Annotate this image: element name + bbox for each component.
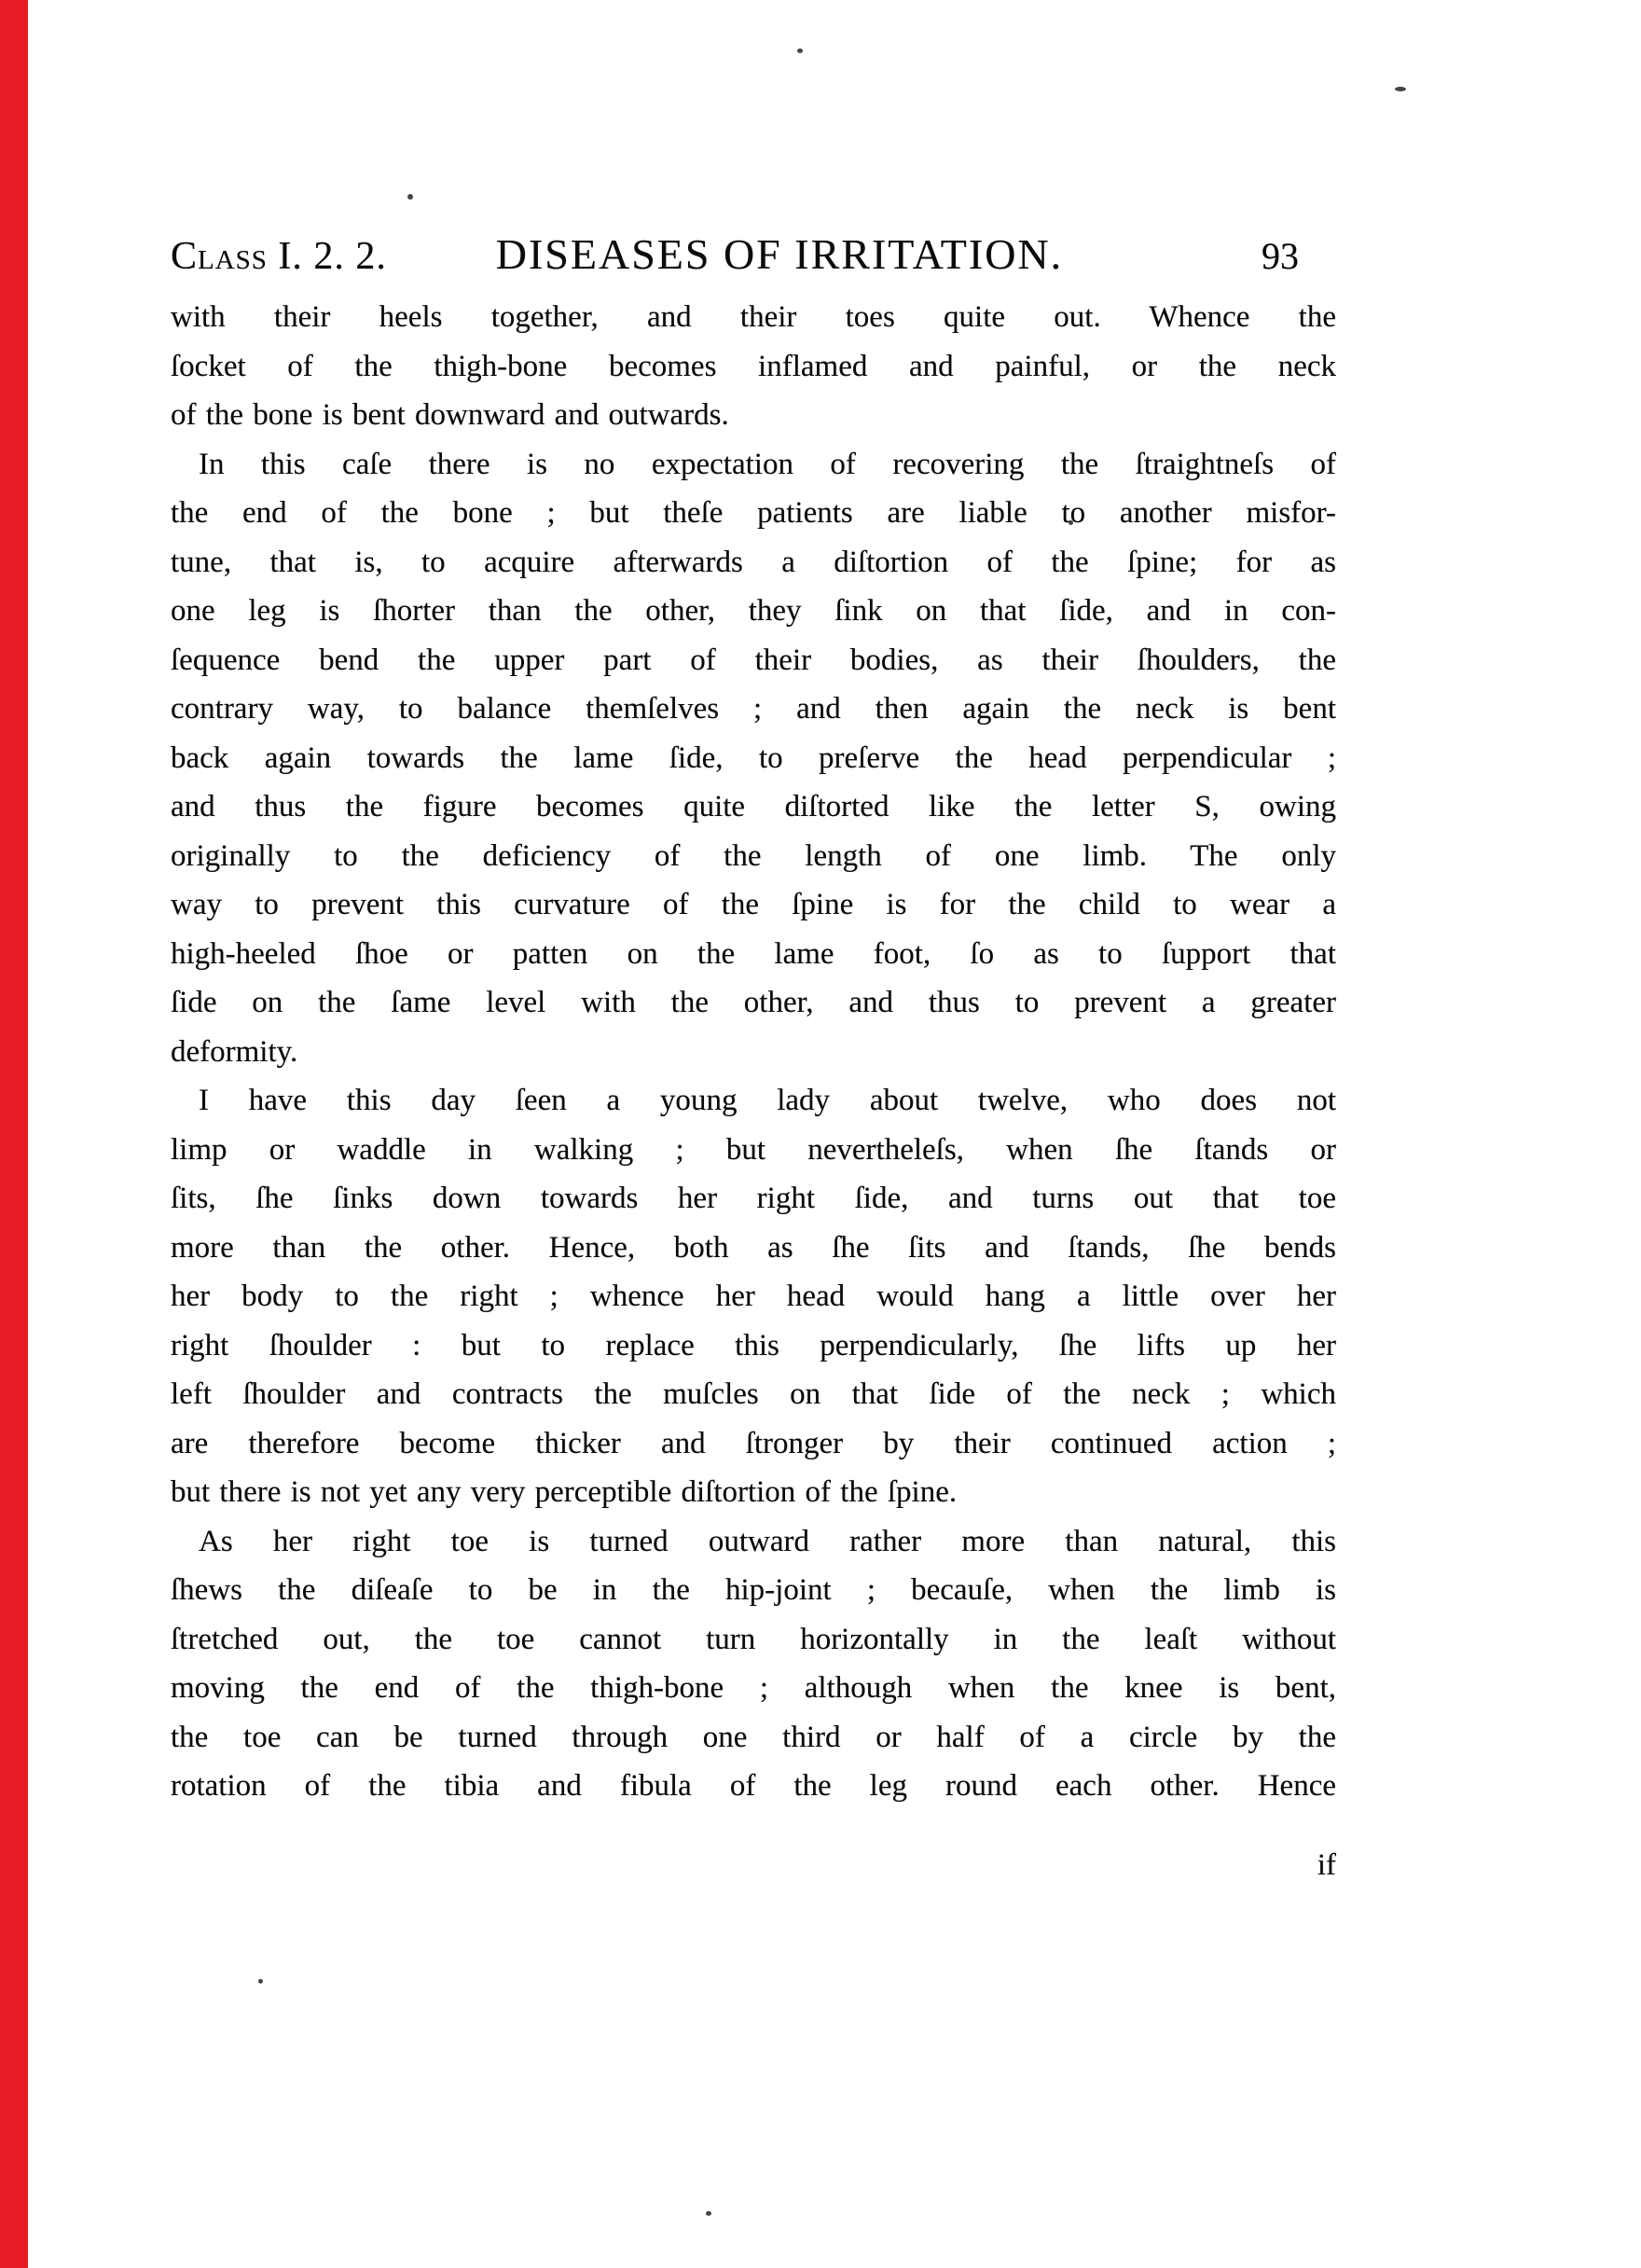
text-line: ſequence bend the upper part of their bo… [171,636,1336,685]
text-line: ſtretched out, the toe cannot turn horiz… [171,1615,1336,1665]
ink-speck [407,194,413,200]
text-line: In this caſe there is no expectation of … [171,440,1336,490]
text-line: tune, that is, to acquire afterwards a d… [171,538,1336,588]
text-line: ſocket of the thigh-bone becomes inflame… [171,342,1336,392]
scan-red-edge-strip [0,0,28,2268]
text-line: one leg is ſhorter than the other, they … [171,587,1336,636]
page-number: 93 [1262,234,1336,278]
text-line: left ſhoulder and contracts the muſcles … [171,1370,1336,1419]
text-line: the end of the bone ; but theſe patients… [171,489,1336,538]
text-line: rotation of the tibia and fibula of the … [171,1762,1336,1811]
text-line: the toe can be turned through one third … [171,1713,1336,1763]
ink-speck [258,1979,263,1984]
text-line: deformity. [171,1028,1336,1077]
text-line: moving the end of the thigh-bone ; altho… [171,1664,1336,1713]
text-line: originally to the deficiency of the leng… [171,832,1336,881]
ink-speck [706,2211,711,2216]
page-column: Class I. 2. 2. DISEASES OF IRRITATION. 9… [171,229,1336,1889]
text-line: limp or waddle in walking ; but neverthe… [171,1126,1336,1175]
text-line: contrary way, to balance themſelves ; an… [171,685,1336,734]
page-title: DISEASES OF IRRITATION. [496,229,1063,279]
ink-speck [1069,520,1073,525]
text-line: ſits, ſhe ſinks down towards her right ſ… [171,1174,1336,1224]
class-label: Class I. 2. 2. [171,234,387,279]
scanned-book-page: Class I. 2. 2. DISEASES OF IRRITATION. 9… [0,0,1641,2268]
text-line: I have this day ſeen a young lady about … [171,1076,1336,1126]
ink-speck [1395,87,1406,91]
text-line: ſide on the ſame level with the other, a… [171,978,1336,1028]
text-line: and thus the figure becomes quite diſtor… [171,782,1336,832]
text-line: of the bone is bent downward and outward… [171,391,1336,440]
text-line: ſhews the diſeaſe to be in the hip-joint… [171,1566,1336,1615]
page-header: Class I. 2. 2. DISEASES OF IRRITATION. 9… [171,229,1336,282]
text-line: high-heeled ſhoe or patten on the lame f… [171,930,1336,979]
text-line: with their heels together, and their toe… [171,293,1336,342]
text-line: her body to the right ; whence her head … [171,1272,1336,1321]
ink-speck [797,48,803,53]
text-line: As her right toe is turned outward rathe… [171,1517,1336,1567]
page-body: with their heels together, and their toe… [171,293,1336,1811]
text-line: are therefore become thicker and ſtronge… [171,1419,1336,1469]
text-line: more than the other. Hence, both as ſhe … [171,1224,1336,1273]
text-line: but there is not yet any very perceptibl… [171,1468,1336,1517]
text-line: back again towards the lame ſide, to pre… [171,734,1336,783]
text-line: right ſhoulder : but to replace this per… [171,1321,1336,1371]
catchword: if [171,1841,1336,1889]
text-line: way to prevent this curvature of the ſpi… [171,880,1336,930]
